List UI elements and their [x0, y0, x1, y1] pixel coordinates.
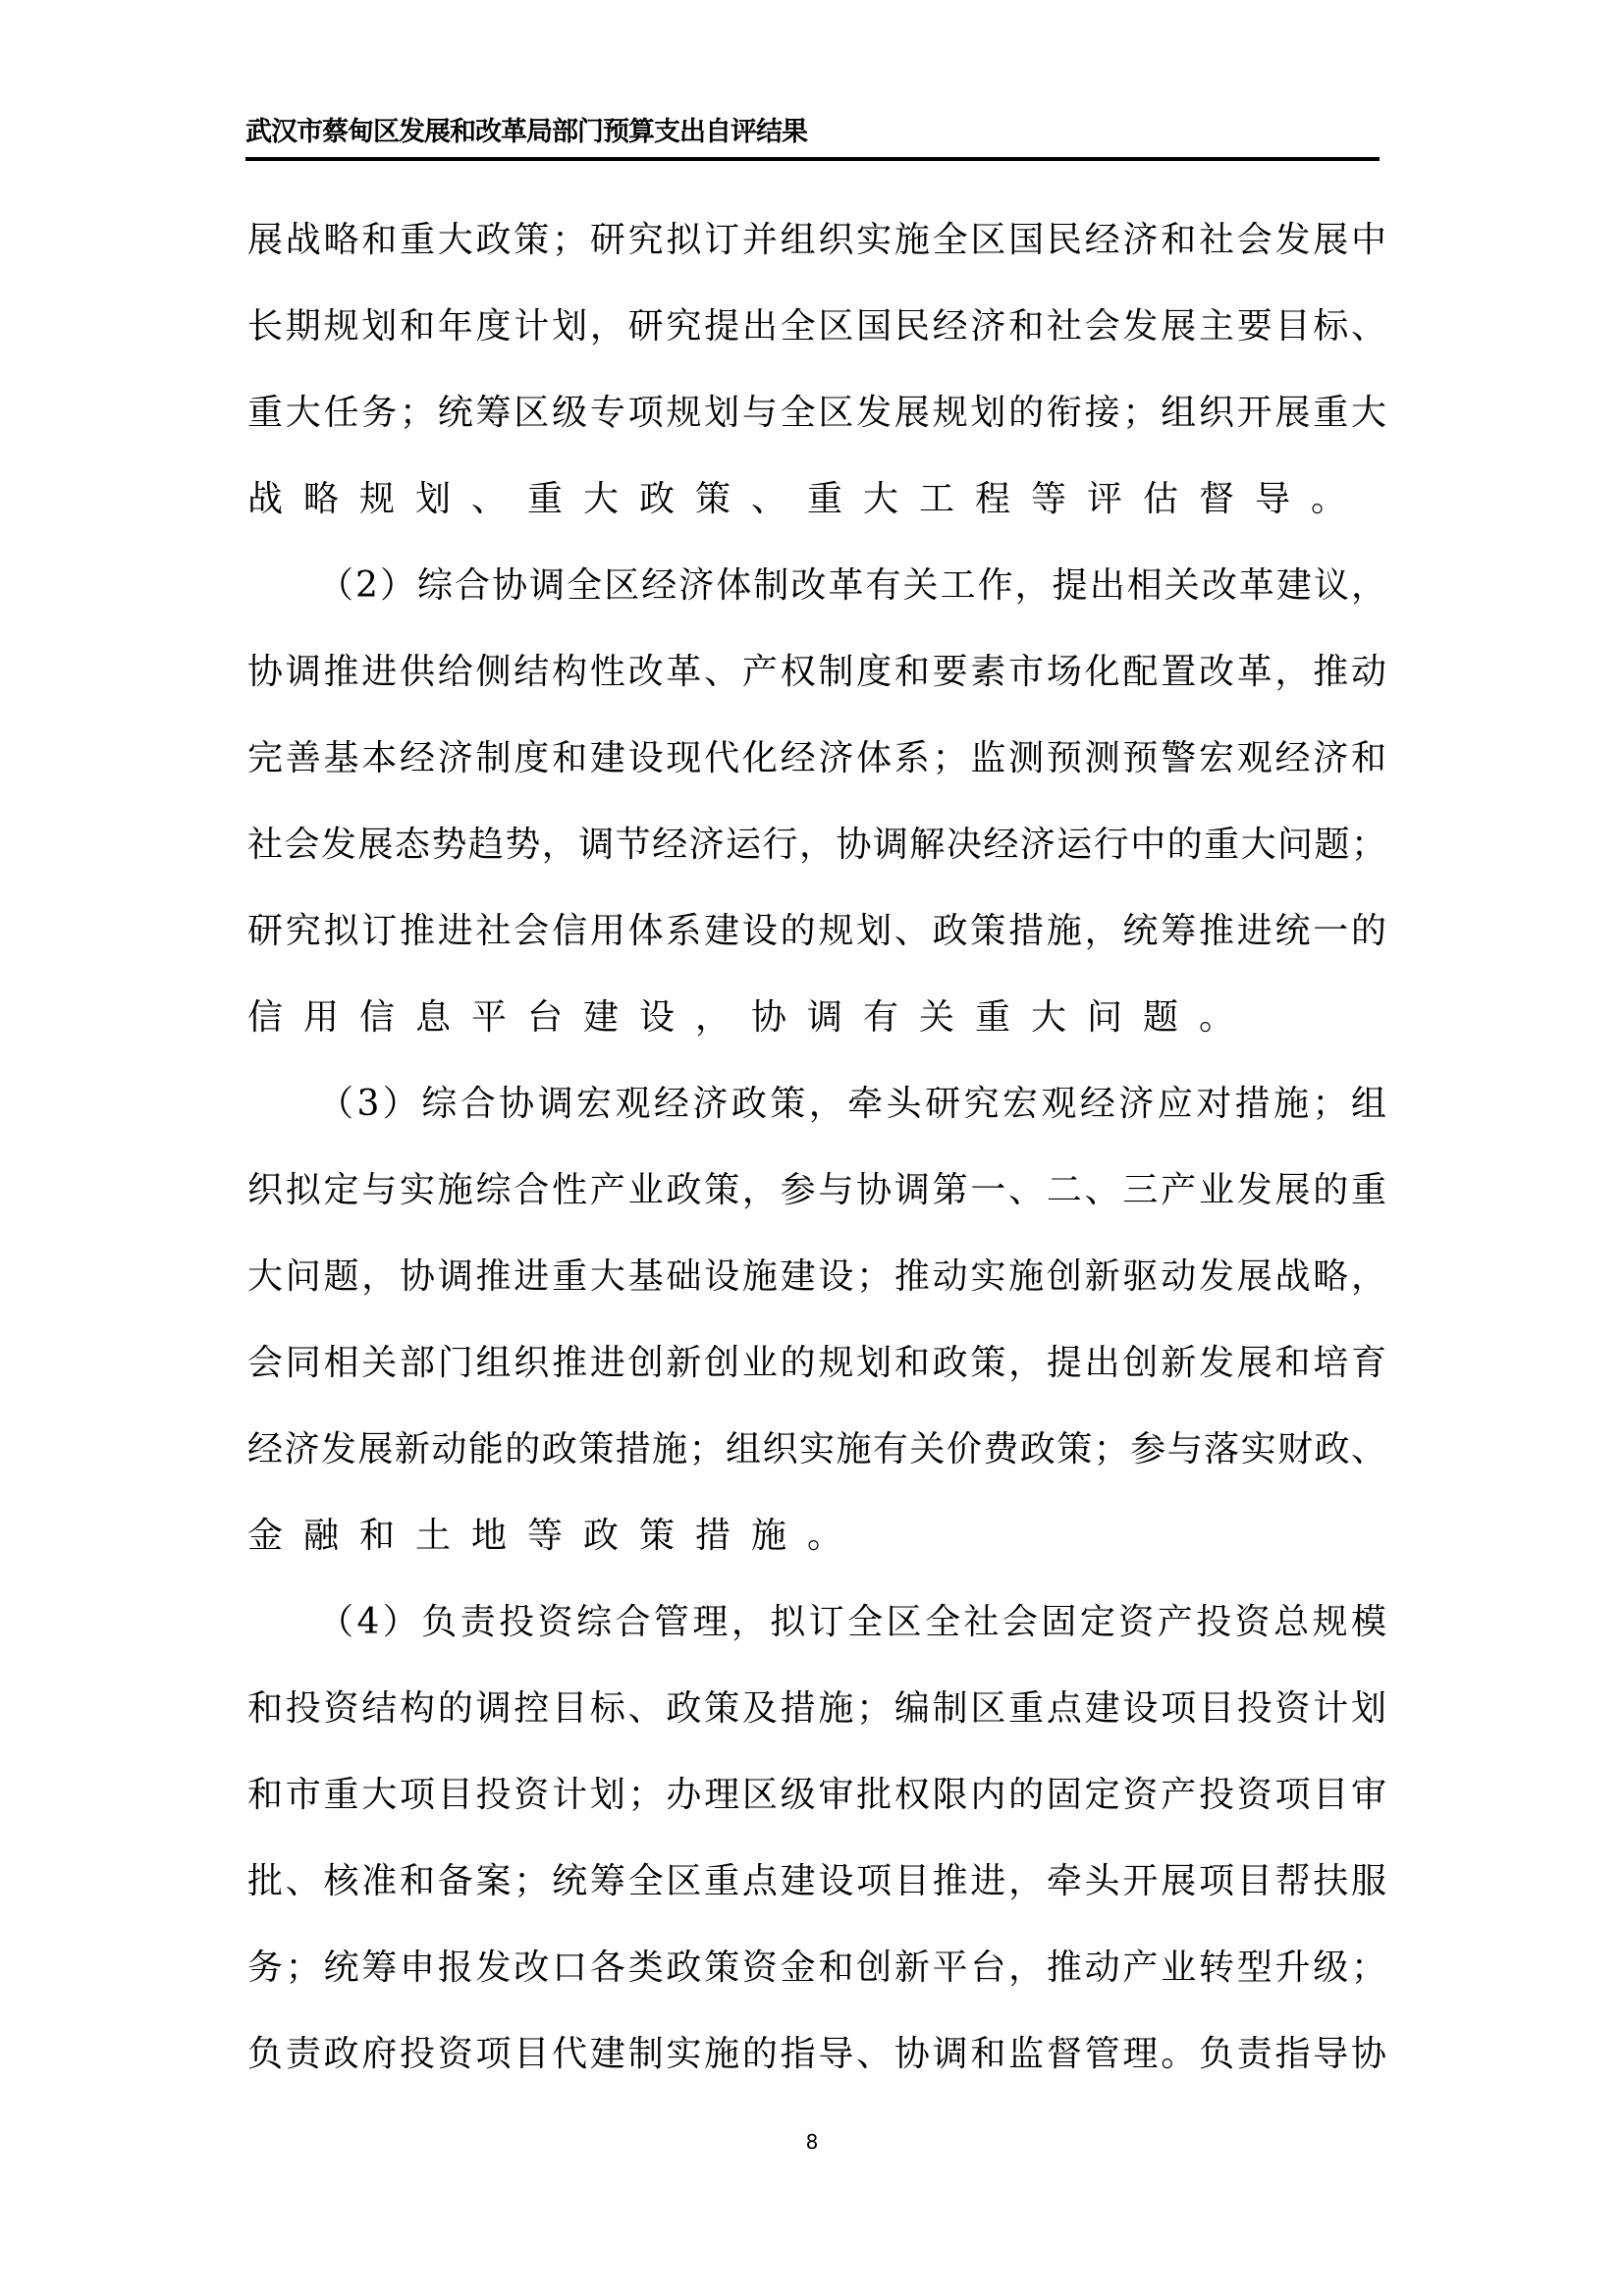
paragraph-first-line: （2）综合协调全区经济体制改革有关工作，提出相关改革建议，	[247, 563, 1386, 650]
text-line: 重大任务；统筹区级专项规划与全区发展规划的衔接；组织开展重大	[247, 391, 1386, 477]
page-header: 武汉市蔡甸区发展和改革局部门预算支出自评结果	[245, 116, 1380, 149]
text-line: 负责政府投资项目代建制实施的指导、协调和监督管理。负责指导协	[247, 2032, 1386, 2118]
text-line: 协调推进供给侧结构性改革、产权制度和要素市场化配置改革，推动	[247, 650, 1386, 736]
text-line: 战略规划、重大政策、重大工程等评估督导。	[247, 477, 1386, 563]
text-line: 批、核准和备案；统筹全区重点建设项目推进，牵头开展项目帮扶服	[247, 1859, 1386, 1946]
text-line: 和市重大项目投资计划；办理区级审批权限内的固定资产投资项目审	[247, 1773, 1386, 1859]
text-line: 经济发展新动能的政策措施；组织实施有关价费政策；参与落实财政、	[247, 1427, 1386, 1514]
text-line: 织拟定与实施综合性产业政策，参与协调第一、二、三产业发展的重	[247, 1168, 1386, 1255]
text-line: 和投资结构的调控目标、政策及措施；编制区重点建设项目投资计划	[247, 1686, 1386, 1773]
text-line: 社会发展态势趋势，调节经济运行，协调解决经济运行中的重大问题；	[247, 823, 1386, 909]
document-body: 展战略和重大政策；研究拟订并组织实施全区国民经济和社会发展中 长期规划和年度计划…	[247, 218, 1386, 2118]
text-line: 完善基本经济制度和建设现代化经济体系；监测预测预警宏观经济和	[247, 736, 1386, 823]
text-line: 长期规划和年度计划，研究提出全区国民经济和社会发展主要目标、	[247, 304, 1386, 391]
text-line: 金融和土地等政策措施。	[247, 1514, 1386, 1600]
page-number: 8	[0, 2128, 1624, 2156]
header-divider	[245, 157, 1380, 161]
paragraph-first-line: （4）负责投资综合管理，拟订全区全社会固定资产投资总规模	[247, 1600, 1386, 1686]
paragraph-first-line: （3）综合协调宏观经济政策，牵头研究宏观经济应对措施；组	[247, 1082, 1386, 1168]
text-line: 展战略和重大政策；研究拟订并组织实施全区国民经济和社会发展中	[247, 218, 1386, 304]
text-line: 会同相关部门组织推进创新创业的规划和政策，提出创新发展和培育	[247, 1341, 1386, 1427]
text-line: 信用信息平台建设，协调有关重大问题。	[247, 995, 1386, 1082]
text-line: 务；统筹申报发改口各类政策资金和创新平台，推动产业转型升级；	[247, 1946, 1386, 2032]
text-line: 大问题，协调推进重大基础设施建设；推动实施创新驱动发展战略，	[247, 1255, 1386, 1341]
text-line: 研究拟订推进社会信用体系建设的规划、政策措施，统筹推进统一的	[247, 909, 1386, 995]
document-title: 武汉市蔡甸区发展和改革局部门预算支出自评结果	[245, 116, 1380, 149]
